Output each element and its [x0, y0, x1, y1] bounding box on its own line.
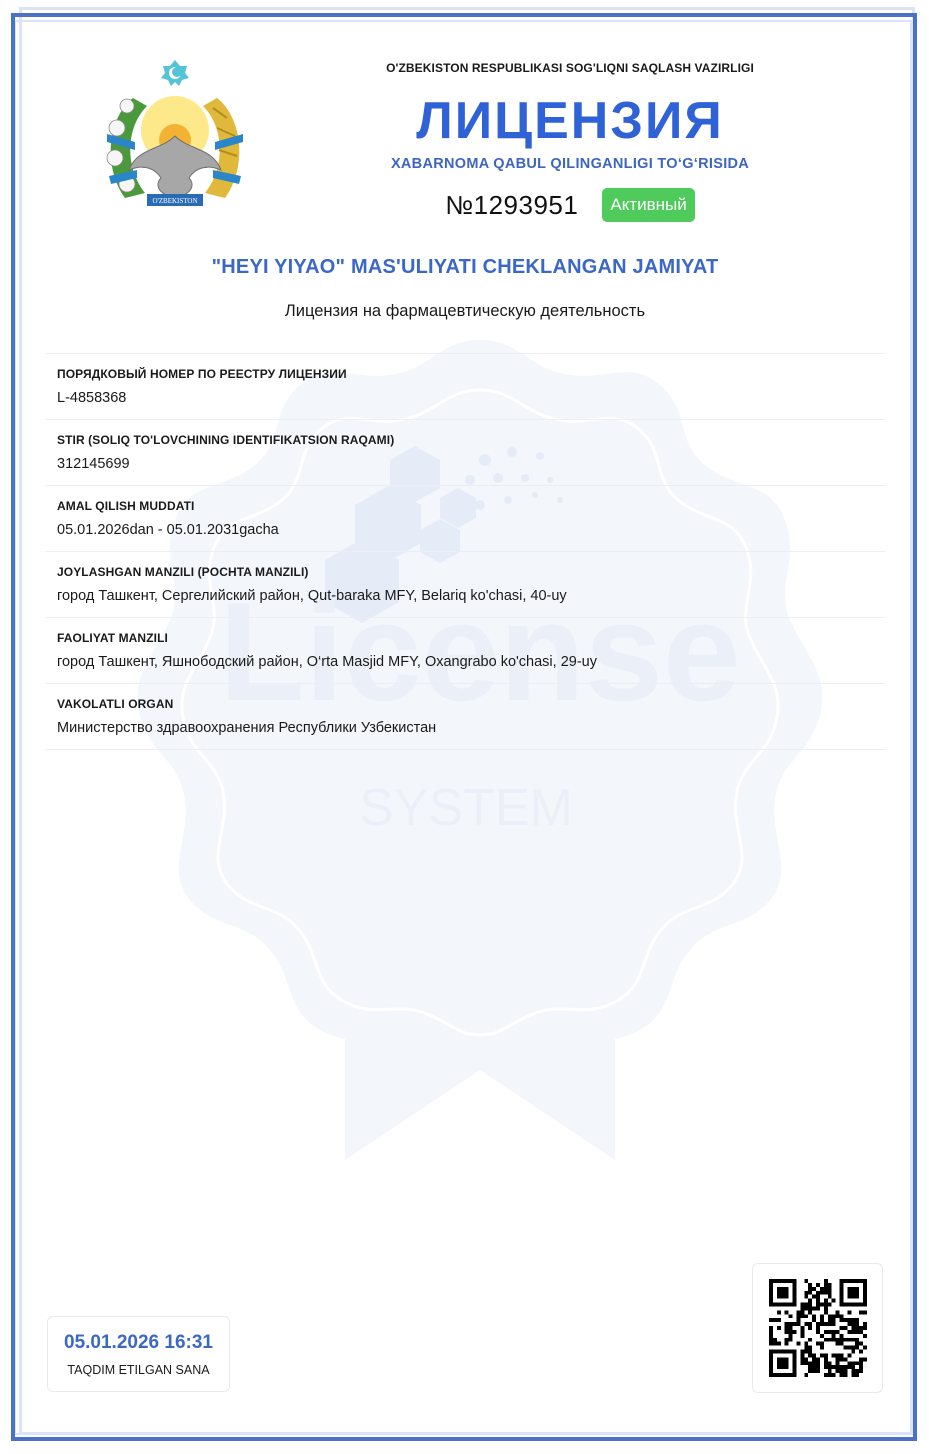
field-value: город Ташкент, Яшнободский район, O‘rta … [57, 654, 885, 671]
field-registry-number: ПОРЯДКОВЫЙ НОМЕР ПО РЕЕСТРУ ЛИЦЕНЗИИ L-4… [45, 354, 885, 420]
qr-code-card[interactable] [752, 1263, 883, 1393]
activity-type: Лицензия на фармацевтическую деятельност… [40, 302, 890, 321]
qr-code-icon[interactable] [769, 1279, 867, 1377]
document-title: ЛИЦЕНЗИЯ [360, 90, 780, 152]
field-label: STIR (SOLIQ TO'LOVCHINING IDENTIFIKATSIO… [57, 433, 885, 447]
field-tax-id: STIR (SOLIQ TO'LOVCHINING IDENTIFIKATSIO… [45, 420, 885, 486]
field-label: AMAL QILISH MUDDATI [57, 499, 885, 513]
submission-date-label: TAQDIM ETILGAN SANA [48, 1363, 229, 1377]
company-name: "HEYI YIYAO" MAS'ULIYATI CHEKLANGAN JAMI… [40, 256, 890, 279]
status-badge: Активный [602, 188, 694, 222]
license-number-row: №1293951 Активный [360, 188, 780, 222]
license-number: №1293951 [445, 190, 578, 221]
field-value: 312145699 [57, 456, 885, 473]
field-activity-address: FAOLIYAT MANZILI город Ташкент, Яшнободс… [45, 618, 885, 684]
field-value: город Ташкент, Сергелийский район, Qut-b… [57, 588, 885, 605]
document-subtitle: XABARNOMA QABUL QILINGANLIGI TO‘G‘RISIDA [360, 156, 780, 172]
ministry-name: O'ZBEKISTON RESPUBLIKASI SOG'LIQNI SAQLA… [360, 61, 780, 75]
submission-date-card: 05.01.2026 16:31 TAQDIM ETILGAN SANA [47, 1316, 230, 1392]
submission-date: 05.01.2026 16:31 [48, 1332, 229, 1354]
field-postal-address: JOYLASHGAN MANZILI (POCHTA MANZILI) горо… [45, 552, 885, 618]
field-value: L-4858368 [57, 390, 885, 407]
license-details: ПОРЯДКОВЫЙ НОМЕР ПО РЕЕСТРУ ЛИЦЕНЗИИ L-4… [45, 353, 885, 750]
emblem-text: O'ZBEKISTON [152, 197, 197, 205]
field-value: Министерство здравоохранения Республики … [57, 720, 885, 737]
state-emblem-icon: O'ZBEKISTON [95, 58, 255, 218]
field-label: FAOLIYAT MANZILI [57, 631, 885, 645]
field-label: ПОРЯДКОВЫЙ НОМЕР ПО РЕЕСТРУ ЛИЦЕНЗИИ [57, 367, 885, 381]
field-validity-period: AMAL QILISH MUDDATI 05.01.2026dan - 05.0… [45, 486, 885, 552]
field-authority: VAKOLATLI ORGAN Министерство здравоохран… [45, 684, 885, 750]
field-label: JOYLASHGAN MANZILI (POCHTA MANZILI) [57, 565, 885, 579]
field-label: VAKOLATLI ORGAN [57, 697, 885, 711]
field-value: 05.01.2026dan - 05.01.2031gacha [57, 522, 885, 539]
